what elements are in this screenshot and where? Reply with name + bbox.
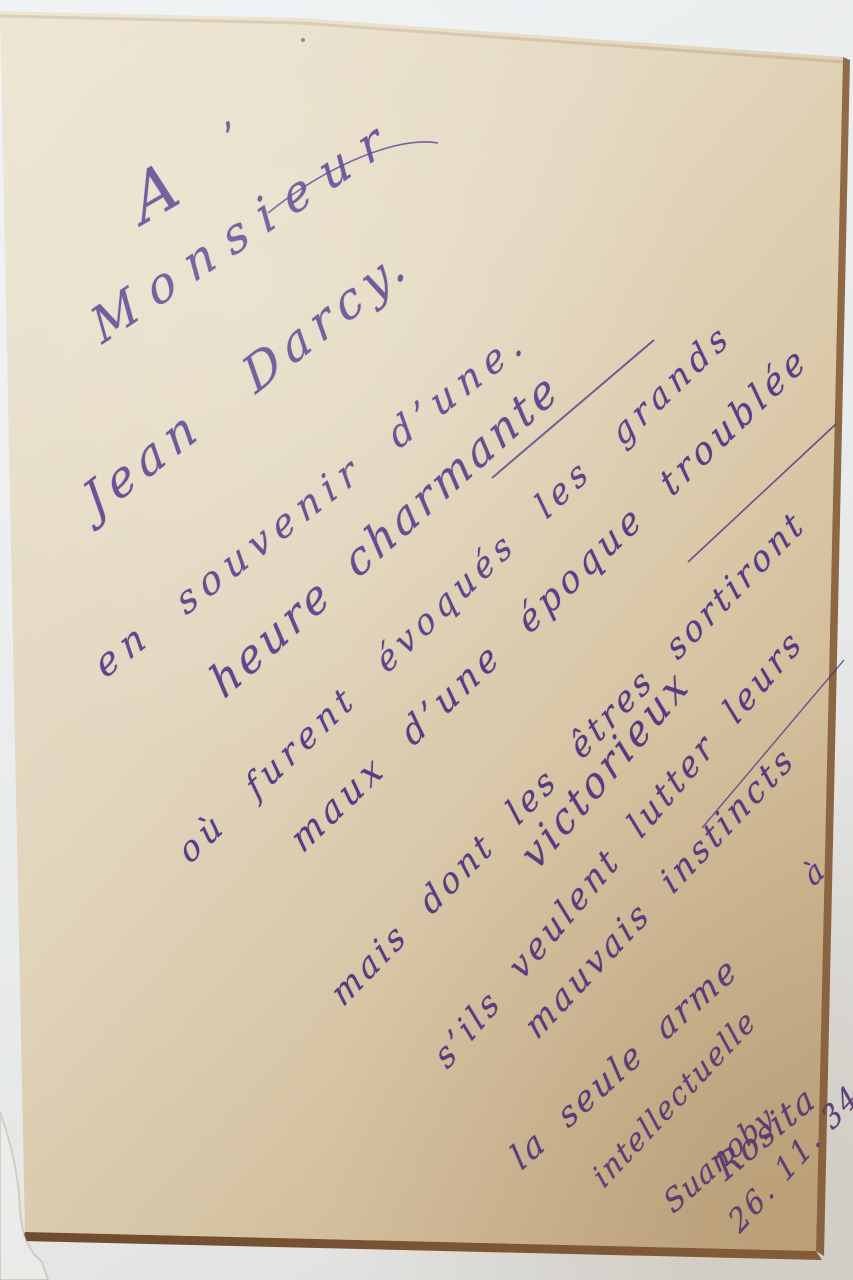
photo-of-book-dedication-page: A ’ Monsieur Jean Darcy. en souvenir d’u… [0, 0, 853, 1280]
ink-speck [301, 38, 305, 42]
